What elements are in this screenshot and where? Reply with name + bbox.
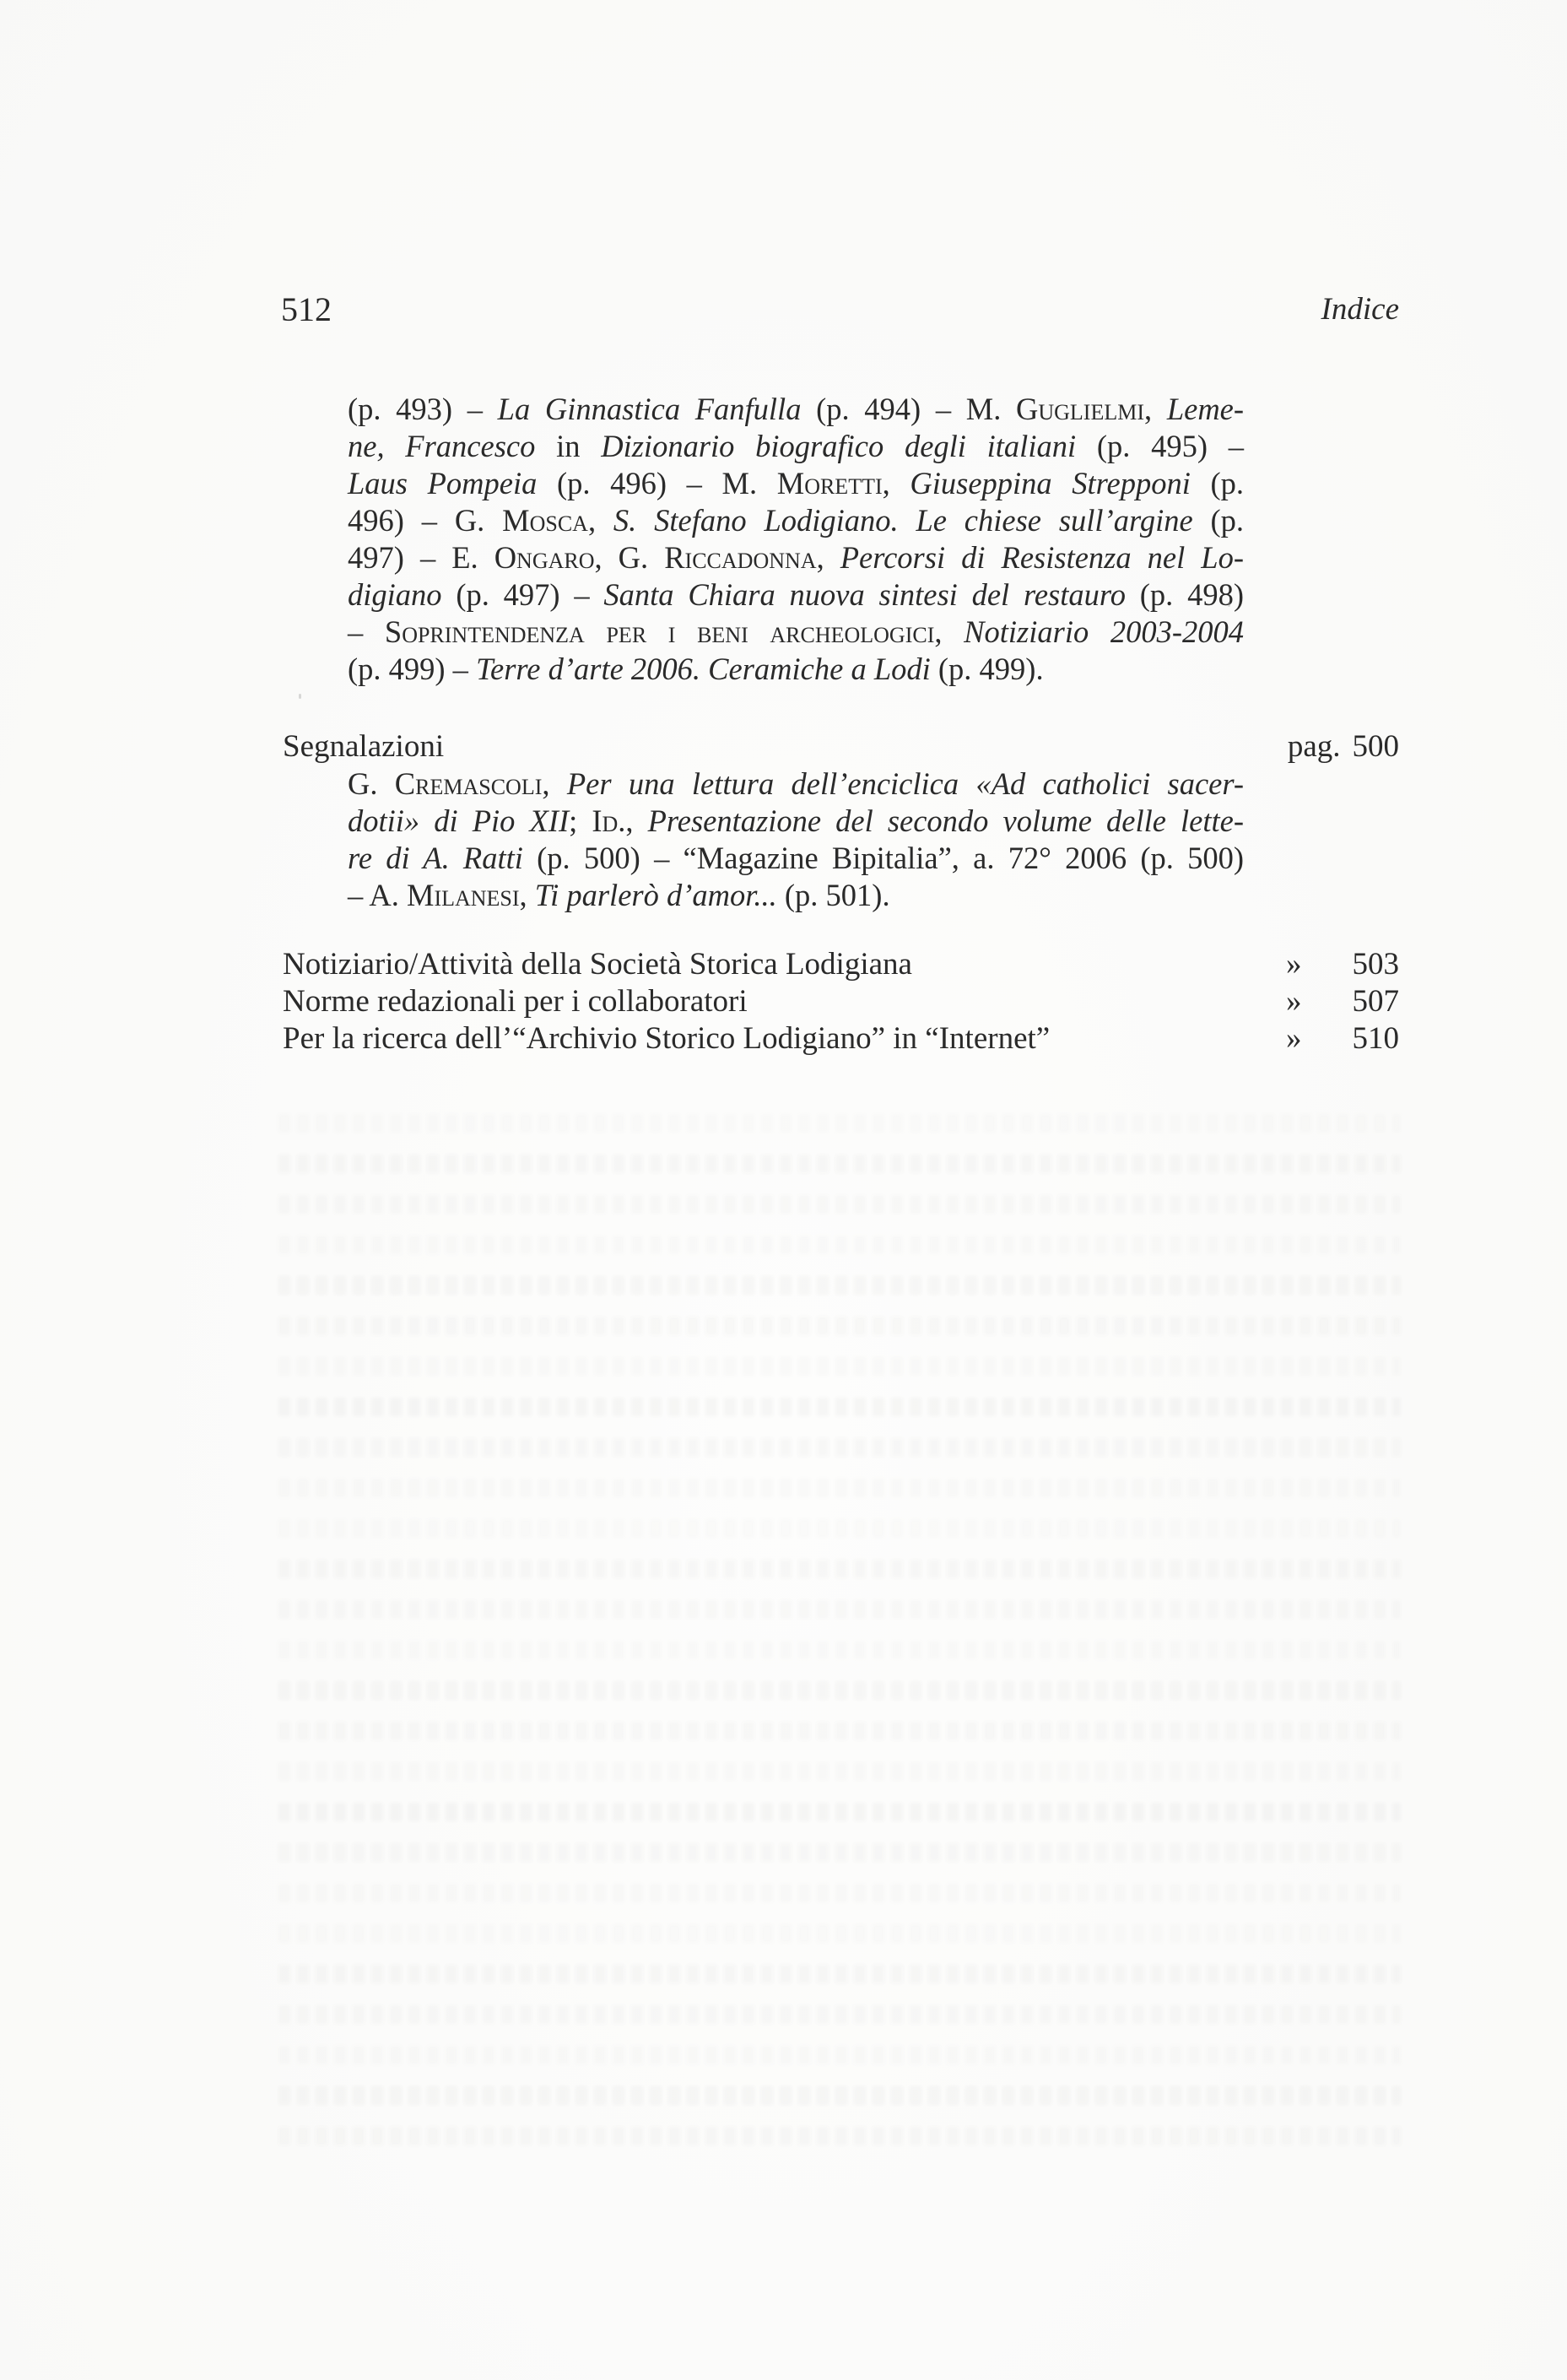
bleed-through-line [278,1438,1401,1457]
text-run: – [348,614,385,649]
text-run: (p. [1191,466,1244,500]
ditto-mark: » [1286,1020,1345,1057]
toc-entry-title: Per la ricerca dell’“Archivio Storico Lo… [283,1020,1050,1057]
segnalazioni-details: G. Cremascoli, Per una lettura dell’enci… [348,765,1244,914]
bleed-through-line [278,2086,1401,2105]
text-run: , G. [595,540,665,575]
paper-speck [299,694,301,699]
author-name: Soprintendenza per i beni archeologici [385,614,934,649]
ditto-mark: » [1286,983,1345,1020]
text-run: (p. 497) – [442,577,604,612]
text-line: (p. 499) – Terre d’arte 2006. Ceramiche … [348,651,1244,688]
bleed-through-line [278,1114,1401,1133]
italic-title: Per una lettura dell’enciclica «Ad catho… [567,766,1244,801]
bleed-through-line [278,1155,1401,1173]
bleed-through-line [278,1479,1401,1497]
text-line: G. Cremascoli, Per una lettura dell’enci… [348,765,1244,803]
italic-title: ne, Francesco [348,429,535,463]
toc-entry-page: 500 [1353,728,1400,765]
text-line: Laus Pompeia (p. 496) – M. Moretti, Gius… [348,465,1244,502]
toc-entry-title: Segnalazioni [283,728,444,765]
text-run: – A. [348,878,407,912]
italic-title: S. Stefano Lodigiano. Le chiese sull’arg… [613,503,1193,538]
bleed-through-line [278,1722,1401,1740]
italic-title: Dizionario biografico degli italiani [601,429,1076,463]
text-line: re di A. Ratti (p. 500) – “Magazine Bipi… [348,840,1244,877]
toc-entry: Per la ricerca dell’“Archivio Storico Lo… [283,1020,1399,1057]
text-run: (p. 496) – M. [537,466,776,500]
page-number: 512 [281,291,332,328]
dot-leader [936,946,1274,983]
toc-entry: Notiziario/Attività della Società Storic… [283,946,1399,983]
toc-entry-page: 503 [1345,946,1399,983]
text-line: (p. 493) – La Ginnastica Fanfulla (p. 49… [348,391,1244,428]
italic-title: dotii» di Pio XII [348,803,569,838]
bleed-through-line [278,1762,1401,1781]
bleed-through-line [278,1236,1401,1254]
text-run: in [535,429,601,463]
toc-entry-title: Norme redazionali per i collaboratori [283,983,748,1020]
text-run: , [542,766,566,801]
bleed-through-line [278,1924,1401,1943]
text-line: – Soprintendenza per i beni archeologici… [348,614,1244,651]
italic-title: Giuseppina Strepponi [910,466,1191,500]
bleed-through-line [278,1195,1401,1214]
author-name: Id [592,803,618,838]
bleed-through-line [278,1843,1401,1862]
italic-title: Terre d’arte 2006. Ceramiche a Lodi [476,652,931,686]
bleed-through-line [278,1803,1401,1821]
text-run: 496) – G. [348,503,502,538]
toc-entry: Norme redazionali per i collaboratori»50… [283,983,1399,1020]
text-line: 497) – E. Ongaro, G. Riccadonna, Percors… [348,539,1244,576]
toc-entry-page: 510 [1345,1020,1399,1057]
italic-title: re di A. Ratti [348,841,523,875]
text-run: (p. 495) – [1076,429,1244,463]
text-run: ; [569,803,592,838]
toc-entry-segnalazioni: Segnalazioni pag. 500 [283,728,1399,765]
bleed-through-line [278,1357,1401,1376]
paper-speck [1228,602,1230,607]
italic-title: Laus Pompeia [348,466,537,500]
bleed-through-line [278,1560,1401,1578]
continuation-lines: (p. 493) – La Ginnastica Fanfulla (p. 49… [348,391,1244,688]
text-line: 496) – G. Mosca, S. Stefano Lodigiano. L… [348,502,1244,539]
bleed-through-line [278,1276,1401,1295]
italic-title: Percorsi di Resistenza nel Lo- [840,540,1244,575]
text-run: , [520,878,535,912]
text-run: (p. 498) [1126,577,1244,612]
bleed-through-line [278,1519,1401,1538]
book-page: 512 Indice (p. 493) – La Ginnastica Fanf… [0,0,1567,2380]
author-name: Milanesi [407,878,520,912]
text-run: , [588,503,613,538]
segnalazioni-lines: G. Cremascoli, Per una lettura dell’enci… [348,765,1244,914]
italic-title: Leme- [1167,392,1244,426]
text-run: 497) – E. [348,540,494,575]
author-name: Riccadonna [664,540,816,575]
bleed-through-line [278,1965,1401,1983]
text-run: , [817,540,840,575]
text-run: (p. 500) – “Magazine Bipitalia”, a. 72° … [523,841,1244,875]
text-run: ., [618,803,647,838]
text-run: , [883,466,910,500]
text-run: , [934,614,964,649]
author-name: Ongaro [494,540,595,575]
text-run: G. [348,766,395,801]
bleed-through-line [278,1317,1401,1335]
author-name: Cremascoli [395,766,543,801]
text-line: digiano (p. 497) – Santa Chiara nuova si… [348,576,1244,614]
italic-title: Santa Chiara nuova sintesi del restauro [603,577,1126,612]
italic-title: digiano [348,577,442,612]
bleed-through-line [278,1600,1401,1619]
italic-title: La Ginnastica Fanfulla [498,392,802,426]
toc-entry-page: 507 [1345,983,1399,1020]
author-name: Guglielmi [1016,392,1144,426]
text-line: ne, Francesco in Dizionario biografico d… [348,428,1244,465]
text-line: – A. Milanesi, Ti parlerò d’amor... (p. … [348,877,1244,914]
dot-leader [771,983,1274,1020]
bleed-through-line [278,2046,1401,2064]
toc-entry-title: Notiziario/Attività della Società Storic… [283,946,912,983]
bleed-through-line [278,1398,1401,1416]
ditto-mark: » [1286,946,1345,983]
text-run: (p. [1193,503,1244,538]
text-line: dotii» di Pio XII; Id., Presentazione de… [348,803,1244,840]
author-name: Moretti [777,466,883,500]
text-run: (p. 493) – [348,392,498,426]
text-run: (p. 499) – [348,652,476,686]
page-prefix: pag. [1288,728,1341,765]
author-name: Mosca [502,503,588,538]
text-run: (p. 499). [931,652,1044,686]
italic-title: Notiziario 2003-2004 [964,614,1244,649]
italic-title: Ti parlerò d’amor... [535,878,777,912]
bleed-through-line [278,1681,1401,1700]
bleed-through-line [278,1641,1401,1659]
dot-leader [467,728,1276,765]
text-run: (p. 501). [777,878,890,912]
bleed-through-line [278,2005,1401,2024]
dot-leader [1073,1020,1274,1057]
running-head-title: Indice [1321,291,1399,328]
text-run: , [1144,392,1167,426]
bleed-through-line [278,1884,1401,1902]
italic-title: Presentazione del secondo volume delle l… [648,803,1244,838]
bleed-through-line [278,2127,1401,2145]
text-run: (p. 494) – M. [801,392,1016,426]
index-entry-continuation: (p. 493) – La Ginnastica Fanfulla (p. 49… [348,391,1244,688]
